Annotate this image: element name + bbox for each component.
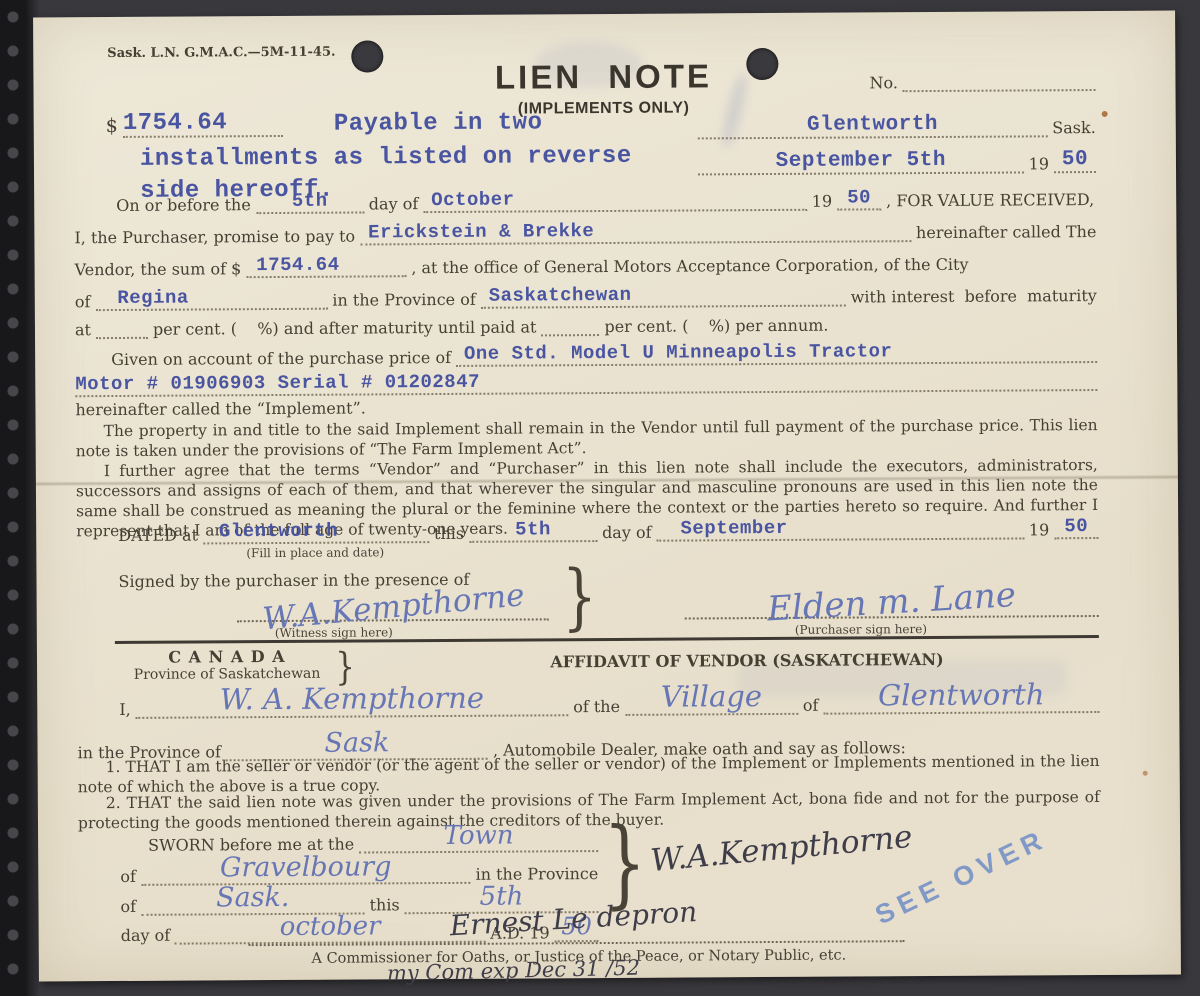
dated-month-blank: September	[656, 517, 1023, 541]
amount-line: $ 1754.64 Payable in two	[106, 107, 706, 138]
deponent-blank: W. A. Kempthorne	[136, 680, 569, 719]
day-of-label: day of	[369, 195, 419, 214]
purchase-price-line: Given on account of the purchase price o…	[111, 341, 1097, 369]
dated-day-of-label: day of	[602, 523, 652, 542]
form-code-text: Sask. L.N. G.M.A.C.—5M-11-45.	[107, 46, 335, 62]
payee-value: Erickstein & Brekke	[368, 222, 594, 243]
dated-year-blank: 50	[1054, 517, 1098, 539]
of-label: of	[75, 293, 91, 311]
locality-blank: Glentworth	[823, 677, 1099, 715]
dated-place-value: Glentworth	[219, 522, 338, 543]
paper-fleck	[1102, 111, 1108, 117]
in-province-of-label: in the Province of	[332, 290, 475, 309]
implement-serial-line: Motor # 01906903 Serial # 01202847	[75, 369, 1097, 397]
punch-hole	[351, 40, 383, 72]
sworn-province: Sask.	[216, 882, 290, 913]
interest-line: at per cent. ( %) and after maturity unt…	[75, 317, 829, 340]
of-the-label: of the	[573, 698, 620, 717]
implement2-blank: Motor # 01906903 Serial # 01202847	[75, 369, 1097, 397]
percent-mid: per cent. ( %) and after maturity until …	[153, 318, 537, 339]
given-pre: Given on account of the purchase price o…	[111, 348, 451, 368]
purchaser-hint-row: (Purchaser sign here)	[795, 622, 927, 637]
at-label: at	[75, 321, 91, 339]
promise-line: I, the Purchaser, promise to pay to Eric…	[74, 219, 1096, 247]
on-or-before-label: On or before the	[116, 196, 251, 215]
promise-pre: I, the Purchaser, promise to pay to	[74, 227, 355, 247]
sworn-day-of: day of	[121, 926, 171, 945]
hereinafter-line: hereinafter called the “Implement”.	[75, 399, 365, 419]
implement-blank: One Std. Model U Minneapolis Tractor	[456, 341, 1097, 367]
commissioner-signature-line	[249, 908, 905, 946]
section-divider-rule	[115, 635, 1099, 644]
sworn-place-type: Town	[444, 821, 514, 851]
due-year-blank: 50	[837, 188, 881, 210]
dated-year-value: 50	[1064, 517, 1088, 537]
city-value: Regina	[117, 289, 189, 309]
dated-day-value: 5th	[515, 520, 551, 540]
form-code: Sask. L.N. G.M.A.C.—5M-11-45.	[107, 46, 335, 62]
rate1-blank	[96, 337, 148, 339]
lien-note-document: Sask. L.N. G.M.A.C.—5M-11-45. LIEN NOTE …	[33, 11, 1181, 982]
year-prefix: 19	[1029, 155, 1049, 174]
witness-hint: (Witness sign here)	[275, 625, 393, 640]
country-label: C A N A D A	[122, 648, 332, 668]
province-blank: Saskatchewan	[481, 285, 846, 309]
city-line: of Regina in the Province of Saskatchewa…	[75, 283, 1097, 311]
for-value-text: , FOR VALUE RECEIVED,	[886, 191, 1094, 211]
commissioner-note-block: my Com exp Dec 31 /52	[387, 958, 640, 984]
payee-blank: Erickstein & Brekke	[360, 220, 911, 245]
dated-place-blank: Glentworth	[203, 521, 429, 544]
province-label: Province of Saskatchewan	[122, 666, 332, 683]
affidavit-province-value: Sask	[324, 727, 389, 758]
vendor-signature-block: W.A.Kempthorne	[650, 830, 913, 868]
amount-blank: 1754.64	[123, 110, 283, 138]
vendor-post: , at the office of General Motors Accept…	[411, 255, 968, 277]
date-blank: September 5th	[698, 149, 1024, 175]
due-month-blank: October	[423, 189, 807, 213]
rate2-blank	[541, 334, 599, 336]
page-title: LIEN NOTE	[443, 57, 763, 97]
due-year-prefix: 19	[812, 192, 832, 211]
due-date-line: On or before the 5th day of October 19 5…	[116, 187, 1094, 215]
promise-post: hereinafter called The	[916, 223, 1096, 242]
dated-month-value: September	[680, 519, 787, 540]
interest-post: with interest before maturity	[851, 287, 1097, 307]
canada-block: C A N A D A Province of Saskatchewan	[122, 648, 332, 684]
affidavit-of-label: of	[803, 696, 819, 714]
dated-label: DATED at	[118, 526, 198, 545]
percent-end: per cent. ( %) per annum.	[604, 317, 828, 337]
locality-value: Glentworth	[878, 677, 1045, 712]
due-year-value: 50	[847, 188, 871, 208]
year-blank: 50	[1054, 149, 1096, 173]
payable-line2: installments as listed on reverse	[140, 144, 632, 172]
due-day-blank: 5th	[256, 191, 364, 214]
place-blank: Glentworth	[698, 113, 1048, 139]
dollar-sign: $	[106, 116, 118, 138]
payable-line1: Payable in two	[334, 110, 543, 136]
amount-value: 1754.64	[123, 110, 227, 136]
province-value: Saskatchewan	[489, 286, 632, 307]
commissioner-expiry-note: my Com exp Dec 31 /52	[387, 956, 641, 986]
due-day-value: 5th	[292, 192, 328, 212]
dated-hint: (Fill in place and date)	[246, 545, 384, 560]
vendor-pre: Vendor, the sum of $	[75, 260, 242, 279]
note-number-blank	[903, 85, 1096, 92]
dated-this-label: this	[434, 524, 464, 543]
purchaser-hint: (Purchaser sign here)	[795, 622, 927, 637]
sworn-place: Gravelbourg	[220, 851, 392, 883]
implement-value: One Std. Model U Minneapolis Tractor	[464, 342, 893, 365]
clause-title-text: The property in and title to the said Im…	[76, 415, 1098, 461]
paper-fleck	[1143, 771, 1148, 776]
payable-line2-row: installments as listed on reverse	[140, 144, 632, 172]
place-value: Glentworth	[807, 114, 938, 137]
no-label: No.	[869, 74, 898, 93]
implement2-value: Motor # 01906903 Serial # 01202847	[75, 373, 480, 395]
affidavit-title-block: AFFIDAVIT OF VENDOR (SASKATCHEWAN)	[487, 650, 1007, 673]
binder-sleeve-edge	[0, 0, 26, 996]
affidavit-title: AFFIDAVIT OF VENDOR (SASKATCHEWAN)	[550, 650, 943, 671]
witness-hint-row: (Witness sign here)	[275, 625, 393, 640]
dated-line: DATED at Glentworth this 5th day of Sept…	[118, 517, 1098, 545]
hereinafter-text: hereinafter called the “Implement”.	[75, 399, 365, 419]
deponent-name: W. A. Kempthorne	[220, 681, 484, 717]
dated-hint-row: (Fill in place and date)	[246, 545, 384, 560]
dated-day-blank: 5th	[469, 520, 597, 543]
locality-type-blank: Village	[625, 679, 798, 716]
province-suffix: Sask.	[1052, 119, 1096, 138]
sum-blank: 1754.64	[246, 255, 406, 278]
sworn-place-type-blank: Town	[359, 820, 598, 853]
date-value: September 5th	[776, 150, 946, 173]
purchaser-signature-line: Elden m. Lane	[684, 553, 1098, 620]
dated-year-prefix: 19	[1029, 521, 1049, 540]
sum-value: 1754.64	[256, 256, 339, 276]
sum-line: Vendor, the sum of $ 1754.64 , at the of…	[75, 251, 1097, 279]
clause-title-paragraph: The property in and title to the said Im…	[76, 415, 1098, 461]
scan-background: { "colors":{ "background":"#39383c","pap…	[0, 0, 1200, 996]
date-line: September 5th 19 50	[698, 149, 1096, 175]
city-blank: Regina	[95, 288, 327, 311]
deponent-line: I, W. A. Kempthorne of the Village of Gl…	[119, 677, 1099, 719]
i-label: I,	[119, 701, 131, 719]
year-value: 50	[1062, 149, 1088, 171]
due-month-value: October	[431, 191, 514, 211]
note-number-line: No.	[869, 73, 1095, 93]
witness-brace: }	[562, 558, 597, 634]
place-line: Glentworth Sask.	[698, 113, 1096, 139]
locality-type-value: Village	[661, 679, 762, 714]
witness-signature-line: W.A.Kempthorne	[236, 562, 548, 622]
